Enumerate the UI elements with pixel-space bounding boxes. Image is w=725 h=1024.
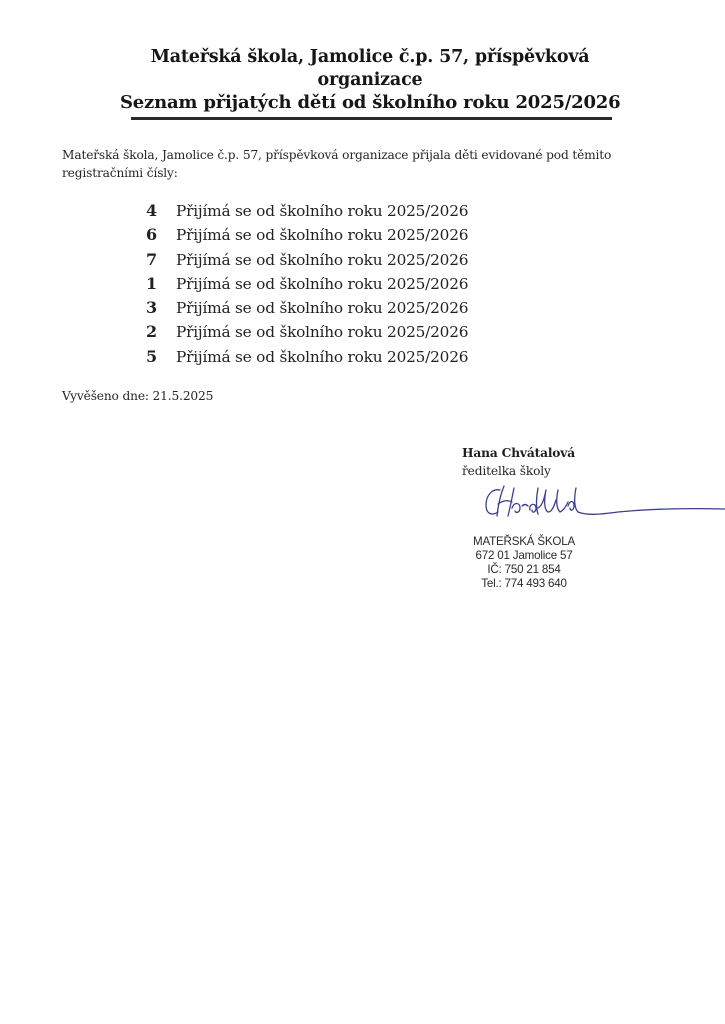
- list-item: 6Přijímá se od školního roku 2025/2026: [140, 225, 468, 249]
- document-title-line-1: Mateřská škola, Jamolice č.p. 57, příspě…: [120, 46, 620, 68]
- acceptance-status: Přijímá se od školního roku 2025/2026: [176, 226, 468, 244]
- intro-paragraph: Mateřská škola, Jamolice č.p. 57, příspě…: [62, 146, 682, 182]
- stamp-company-id: IČ: 750 21 854: [450, 563, 598, 577]
- acceptance-status: Přijímá se od školního roku 2025/2026: [176, 251, 468, 269]
- list-item: 2Přijímá se od školního roku 2025/2026: [140, 322, 468, 346]
- stamp-school-name: MATEŘSKÁ ŠKOLA: [450, 535, 598, 549]
- handwritten-signature-icon: [478, 478, 725, 528]
- signer-role: ředitelka školy: [462, 464, 551, 478]
- registration-number: 1: [140, 274, 176, 293]
- registration-number: 3: [140, 298, 176, 317]
- acceptance-status: Přijímá se od školního roku 2025/2026: [176, 299, 468, 317]
- list-item: 4Přijímá se od školního roku 2025/2026: [140, 201, 468, 225]
- acceptance-status: Přijímá se od školního roku 2025/2026: [176, 275, 468, 293]
- acceptance-status: Přijímá se od školního roku 2025/2026: [176, 202, 468, 220]
- registration-number: 6: [140, 225, 176, 244]
- school-stamp: MATEŘSKÁ ŠKOLA 672 01 Jamolice 57 IČ: 75…: [450, 535, 598, 591]
- registration-number: 4: [140, 201, 176, 220]
- list-item: 1Přijímá se od školního roku 2025/2026: [140, 274, 468, 298]
- title-underline-divider: [131, 117, 612, 120]
- document-title-line-2: organizace: [120, 69, 620, 91]
- list-item: 3Přijímá se od školního roku 2025/2026: [140, 298, 468, 322]
- registration-number: 5: [140, 347, 176, 366]
- accepted-children-list: 4Přijímá se od školního roku 2025/20266P…: [140, 201, 468, 371]
- registration-number: 7: [140, 250, 176, 269]
- acceptance-status: Přijímá se od školního roku 2025/2026: [176, 323, 468, 341]
- list-item: 5Přijímá se od školního roku 2025/2026: [140, 347, 468, 371]
- stamp-phone: Tel.: 774 493 640: [450, 577, 598, 591]
- signer-name: Hana Chvátalová: [462, 446, 575, 460]
- acceptance-status: Přijímá se od školního roku 2025/2026: [176, 348, 468, 366]
- posted-date: Vyvěšeno dne: 21.5.2025: [62, 389, 213, 403]
- document-subtitle: Seznam přijatých dětí od školního roku 2…: [120, 92, 620, 114]
- registration-number: 2: [140, 322, 176, 341]
- list-item: 7Přijímá se od školního roku 2025/2026: [140, 250, 468, 274]
- stamp-address: 672 01 Jamolice 57: [450, 549, 598, 563]
